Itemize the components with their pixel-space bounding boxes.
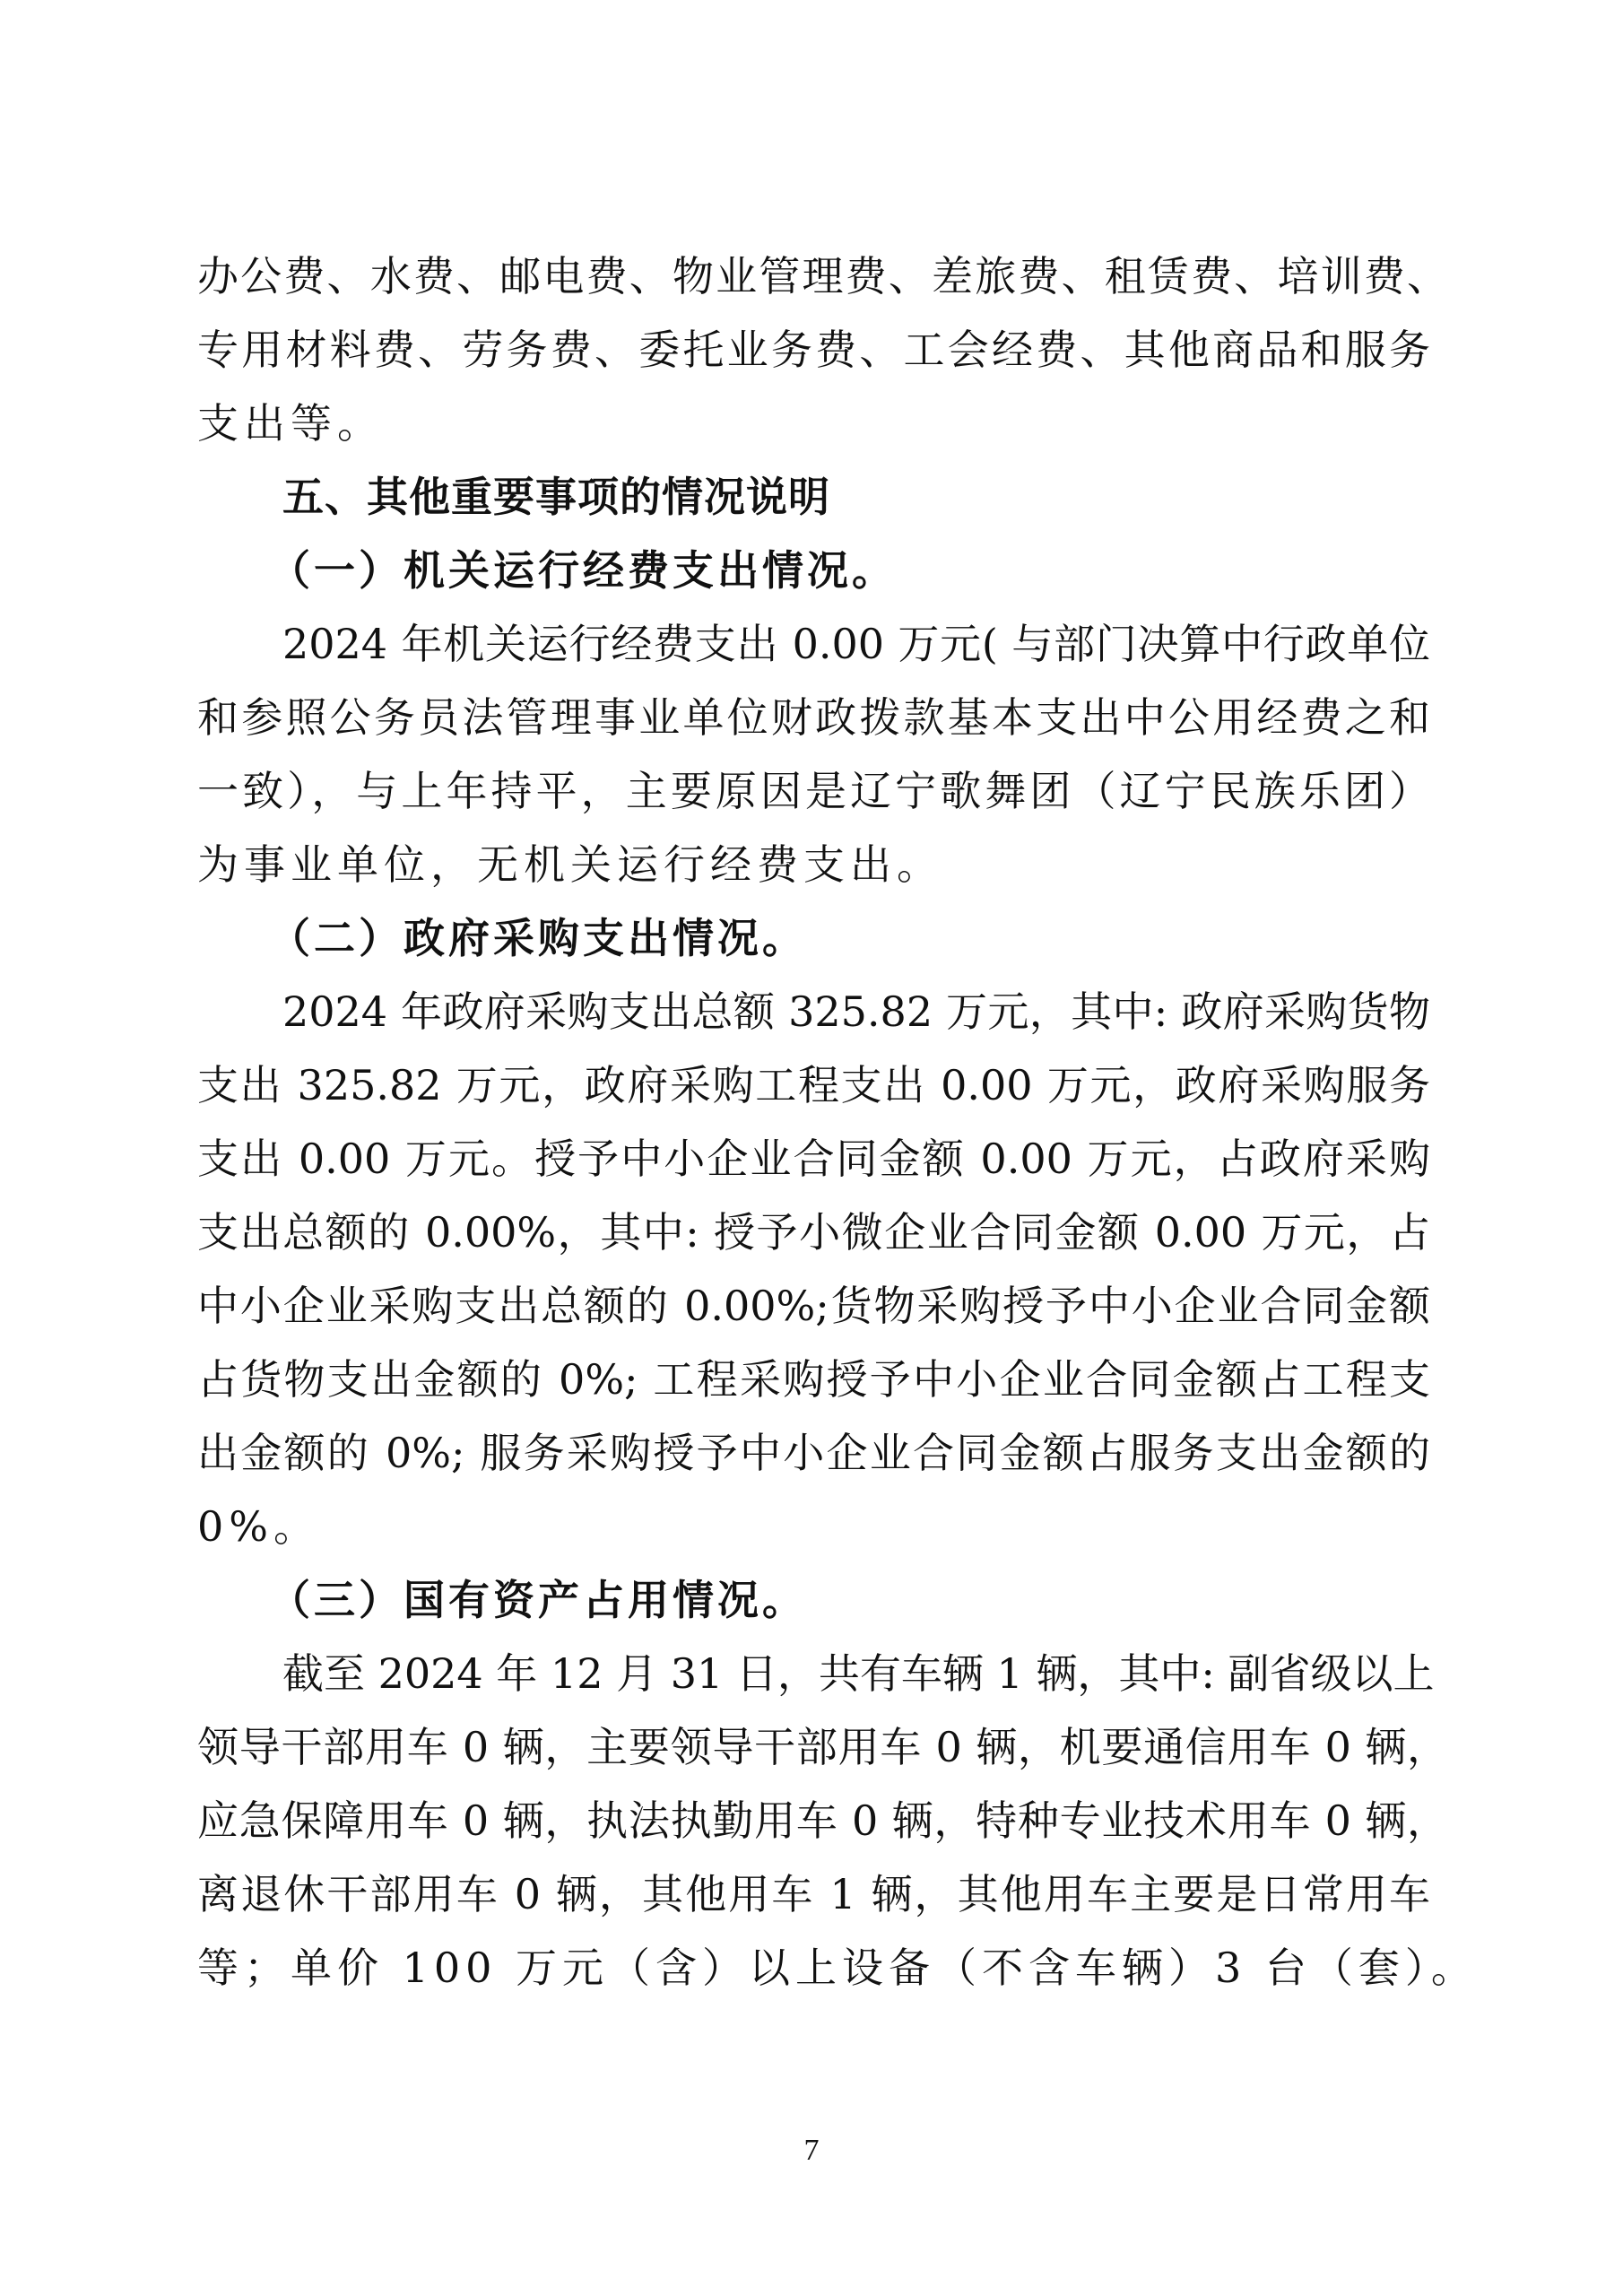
body-text-line: 一致），与上年持平，主要原因是辽宁歌舞团（辽宁民族乐团） [197, 754, 1430, 828]
body-text-line: 支出 0.00 万元。授予中小企业合同金额 0.00 万元，占政府采购 [197, 1122, 1430, 1196]
body-text-line: 为事业单位，无机关运行经费支出。 [197, 828, 1430, 901]
body-text-line: 0%。 [197, 1490, 1430, 1563]
body-text-line: 支出总额的 0.00%，其中: 授予小微企业合同金额 0.00 万元，占 [197, 1196, 1430, 1269]
body-text-line: 办公费、水费、邮电费、物业管理费、差旅费、租赁费、培训费、 [197, 239, 1448, 313]
body-text-line: 中小企业采购支出总额的 0.00%;货物采购授予中小企业合同金额 [197, 1269, 1430, 1343]
body-text-line: 2024 年机关运行经费支出 0.00 万元( 与部门决算中行政单位 [282, 607, 1430, 681]
body-text-line: 支出等。 [197, 387, 1430, 460]
body-text-line: 截至 2024 年 12 月 31 日，共有车辆 1 辆，其中: 副省级以上 [282, 1637, 1430, 1710]
body-text-line: 专用材料费、劳务费、委托业务费、工会经费、其他商品和服务 [197, 313, 1430, 387]
document-page: 办公费、水费、邮电费、物业管理费、差旅费、租赁费、培训费、 专用材料费、劳务费、… [0, 0, 1623, 2296]
subsection-heading: （三）国有资产占用情况。 [269, 1563, 807, 1637]
section-heading: 五、其他重要事项的情况说明 [282, 460, 830, 534]
body-text-line: 2024 年政府采购支出总额 325.82 万元，其中: 政府采购货物 [282, 975, 1430, 1048]
body-text-line: 领导干部用车 0 辆，主要领导干部用车 0 辆，机要通信用车 0 辆， [197, 1710, 1448, 1784]
body-text-line: 和参照公务员法管理事业单位财政拨款基本支出中公用经费之和 [197, 681, 1430, 754]
body-text-line: 占货物支出金额的 0%; 工程采购授予中小企业合同金额占工程支 [197, 1343, 1430, 1416]
body-text-line: 支出 325.82 万元，政府采购工程支出 0.00 万元，政府采购服务 [197, 1048, 1430, 1122]
body-text-line: 离退休干部用车 0 辆，其他用车 1 辆，其他用车主要是日常用车 [197, 1857, 1430, 1931]
subsection-heading: （一）机关运行经费支出情况。 [269, 534, 897, 607]
body-text-line: 等；单价 100 万元（含）以上设备（不含车辆）3 台（套）。 [197, 1931, 1430, 2005]
body-text-line: 出金额的 0%; 服务采购授予中小企业合同金额占服务支出金额的 [197, 1416, 1430, 1490]
body-text-line: 应急保障用车 0 辆，执法执勤用车 0 辆，特种专业技术用车 0 辆， [197, 1784, 1448, 1857]
subsection-heading: （二）政府采购支出情况。 [269, 901, 807, 975]
page-number: 7 [798, 2133, 825, 2169]
